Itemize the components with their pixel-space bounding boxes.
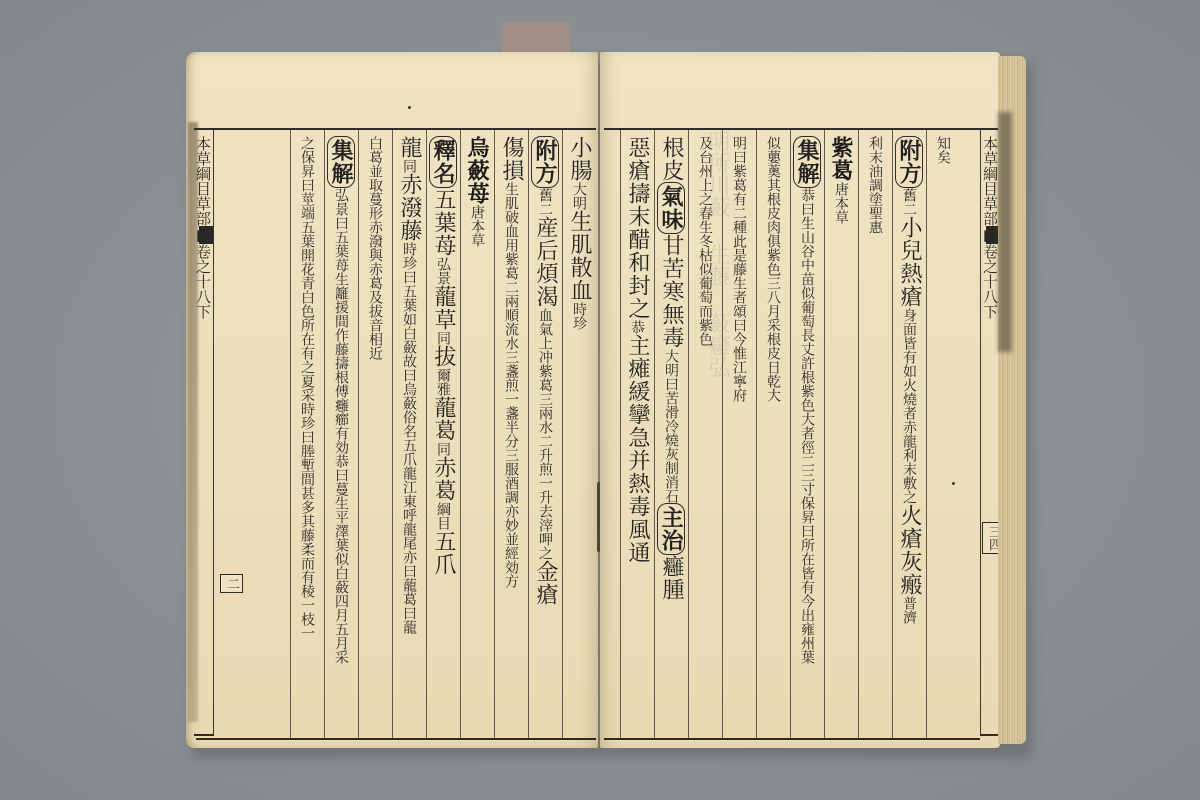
commentary-text: 白葛並取蔓形赤潑與赤葛及拔音相近 [367,136,383,360]
right-page: 知矣附方舊二小兒熱瘡身面皆有如火燒者赤龍利末敷之火瘡灰瘢普濟利末油調塗聖惠紫葛唐… [600,52,1000,748]
commentary-text: 生肌破血用紫葛二兩順流水三盞煎一盞半分三服酒調亦妙 [503,182,519,532]
main-text: 烏蘞苺 [464,136,490,205]
text-column: 集解弘景曰五葉苺生籬援間作藤擣根傅癰癤有効恭曰蔓生平澤葉似白蘞四月五月采 [324,130,358,738]
main-text: 赤葛 [431,456,456,502]
commentary-text: 同 [435,442,451,456]
main-text: 甘苦寒無毒 [659,234,684,349]
main-text: 火瘡灰瘢 [897,504,922,596]
main-text: 傷損 [499,136,524,182]
banxin-title: 本草綱目草部 [981,136,999,226]
commentary-text: 恭曰生山谷中苗似葡萄長丈許根紫色大 [799,188,815,426]
text-column: 紫葛唐本草 [824,130,858,738]
main-text: 拔 [431,345,456,368]
right-columns: 知矣附方舊二小兒熱瘡身面皆有如火燒者赤龍利末敷之火瘡灰瘢普濟利末油調塗聖惠紫葛唐… [604,130,960,738]
left-columns: 小腸大明生肌散血時珍附方舊二産后煩渴血氣上冲紫葛三兩水二升煎一升去滓呷之金瘡傷損… [216,130,596,738]
main-text: 産后煩渴 [533,216,558,308]
text-column: 釋名五葉苺弘景蘢草同拔爾雅蘢葛同赤葛綱目五爪 [426,130,460,738]
banxin-volume: 卷之十八下 [981,244,999,319]
commentary-text: 時珍 [571,302,587,330]
text-column: 附方舊二小兒熱瘡身面皆有如火燒者赤龍利末敷之火瘡灰瘢普濟 [892,130,926,738]
main-text: 癰腫 [659,555,684,601]
section-heading-tag: 主治 [657,503,685,555]
text-column: 之保昇曰莖端五葉開花青白色所在有之夏采時珍曰塍塹間甚多其藤柔而有稜一枝一 [290,130,324,738]
left-text-frame: 小腸大明生肌散血時珍附方舊二産后煩渴血氣上冲紫葛三兩水二升煎一升去滓呷之金瘡傷損… [196,128,596,740]
commentary-text: 枯似葡萄而紫色 [697,248,713,346]
text-column: 傷損生肌破血用紫葛二兩順流水三盞煎一盞半分三服酒調亦妙並經効方 [494,130,528,738]
open-book: 本草綱目草部■卷之十八下 二 小腸大明生肌散血時珍附方舊二産后煩渴血氣上冲紫葛三… [186,52,1026,748]
commentary-text: 似蘡薁其根皮肉俱紫色三八月采根皮日乾大 [765,136,781,402]
commentary-text: 利末油調塗聖惠 [867,136,883,234]
main-text: 五葉苺 [431,188,456,257]
commentary-text: 時珍曰五葉如白蘞故曰烏蘞俗名五爪龍江東呼龍尾亦曰蘢葛曰蘢 [401,242,417,634]
commentary-text: 同 [401,159,417,173]
text-column: 似蘡薁其根皮肉俱紫色三八月采根皮日乾大 [756,130,790,738]
text-column: 附方舊二産后煩渴血氣上冲紫葛三兩水二升煎一升去滓呷之金瘡 [528,130,562,738]
commentary-text: 恭 [629,320,645,334]
text-column: 龍同赤潑藤時珍曰五葉如白蘞故曰烏蘞俗名五爪龍江東呼龍尾亦曰蘢葛曰蘢 [392,130,426,738]
commentary-text: 普濟 [901,596,917,624]
text-column: 及台州上之春生冬枯似葡萄而紫色 [688,130,722,738]
ink-dot [408,106,411,109]
commentary-text: 知 [935,136,951,150]
main-text: 主瘫緩攣急并熱毒風通 [625,334,650,564]
commentary-text: 血氣上冲紫葛三兩水二升煎一升去滓呷之 [537,308,553,560]
main-text: 紫葛 [828,136,854,182]
main-text: 小腸 [567,136,592,182]
commentary-text: 大明 [571,182,587,210]
section-heading-tag: 附方 [895,136,923,188]
text-column: 根皮氣味甘苦寒無毒大明曰苦滑冷燒灰制消石主治癰腫 [654,130,688,738]
text-column: 集解恭曰生山谷中苗似葡萄長丈許根紫色大者徑二三寸保昇曰所在皆有今出雍州葉 [790,130,824,738]
main-text: 金瘡 [533,560,558,606]
commentary-text: 同 [435,331,451,345]
section-heading-tag: 氣味 [657,182,685,234]
commentary-text: 身面皆有如火燒者赤龍利末敷之 [901,308,917,504]
commentary-text: 矣 [935,150,951,164]
commentary-text: 明曰紫葛有二種此是藤生者頌曰今惟江寧府 [731,136,747,402]
section-heading-tag: 附方 [531,136,559,188]
right-text-frame: 知矣附方舊二小兒熱瘡身面皆有如火燒者赤龍利末敷之火瘡灰瘢普濟利末油調塗聖惠紫葛唐… [604,128,980,740]
text-column: 白葛並取蔓形赤潑與赤葛及拔音相近 [358,130,392,738]
text-column: 明曰紫葛有二種此是藤生者頌曰今惟江寧府 [722,130,756,738]
commentary-text: 舊二 [901,188,917,216]
right-banxin: 本草綱目草部■卷之十八下 [980,128,1000,736]
left-page: 本草綱目草部■卷之十八下 二 小腸大明生肌散血時珍附方舊二産后煩渴血氣上冲紫葛三… [186,52,598,748]
main-text: 蘢葛 [431,396,456,442]
commentary-text: 爾雅 [435,368,451,396]
commentary-text: 及台州上之春生冬 [697,136,713,248]
text-column: 烏蘞苺唐本草 [460,130,494,738]
text-column: 惡瘡擣末醋和封之恭主瘫緩攣急并熱毒風通 [620,130,654,738]
commentary-text: 之保昇曰莖端五葉開花青白色所在有之夏采 [299,136,315,402]
commentary-text: 並經効方 [503,532,519,588]
main-text: 五爪 [431,530,456,576]
section-heading-tag: 集解 [327,136,355,188]
commentary-text: 有効恭曰蔓生平澤葉似白蘞四月五月采 [333,426,349,664]
commentary-text: 舊二 [537,188,553,216]
commentary-text: 時珍曰塍塹間甚多其藤柔而有稜一枝一 [299,402,315,640]
text-column: 知矣 [926,130,960,738]
text-column: 小腸大明生肌散血時珍 [562,130,596,738]
ink-dot [952,482,955,485]
commentary-text: 燒灰制消石 [663,433,679,503]
commentary-text: 大明曰苦滑冷 [663,349,679,433]
commentary-text: 綱目 [435,502,451,530]
commentary-text: 弘景 [435,257,451,285]
main-text: 惡瘡擣末醋和封之 [625,136,650,320]
commentary-text: 者徑二三寸保昇曰所在皆有今出雍州葉 [799,426,815,664]
main-text: 赤潑藤 [397,173,422,242]
main-text: 龍 [397,136,422,159]
main-text: 小兒熱瘡 [897,216,922,308]
section-heading-tag: 集解 [793,136,821,188]
main-text: 蘢草 [431,285,456,331]
fore-edge-stain [998,112,1012,352]
commentary-text: 弘景曰五葉苺生籬援間作藤擣根傅癰癤 [333,188,349,426]
commentary-text: 唐本草 [469,205,485,247]
main-text: 生肌散血 [567,210,592,302]
main-text: 根皮 [659,136,684,182]
section-heading-tag: 釋名 [429,136,457,188]
text-column: 利末油調塗聖惠 [858,130,892,738]
commentary-text: 唐本草 [833,182,849,224]
